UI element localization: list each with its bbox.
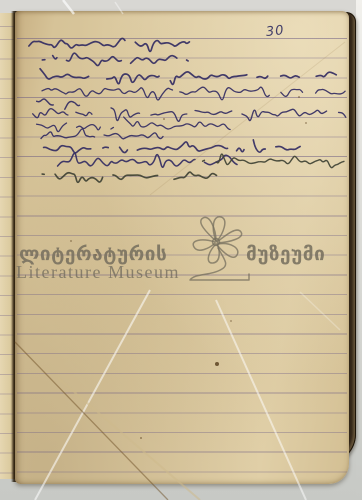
ink-speck [140, 437, 142, 439]
ink-speck [215, 362, 219, 366]
scanner-background [356, 0, 362, 500]
ink-speck [70, 240, 72, 242]
ink-speck [163, 118, 165, 120]
page-number: 30 [265, 23, 285, 40]
ink-speck [305, 122, 307, 124]
ink-speck [298, 96, 300, 98]
watermark-english: Literature Museum [16, 262, 180, 283]
scanned-notebook-page: 30 ლიტერატურის მუზეუმი Li [0, 0, 362, 500]
ink-speck [230, 320, 232, 322]
watermark-georgian-right: მუზეუმი [246, 243, 325, 265]
